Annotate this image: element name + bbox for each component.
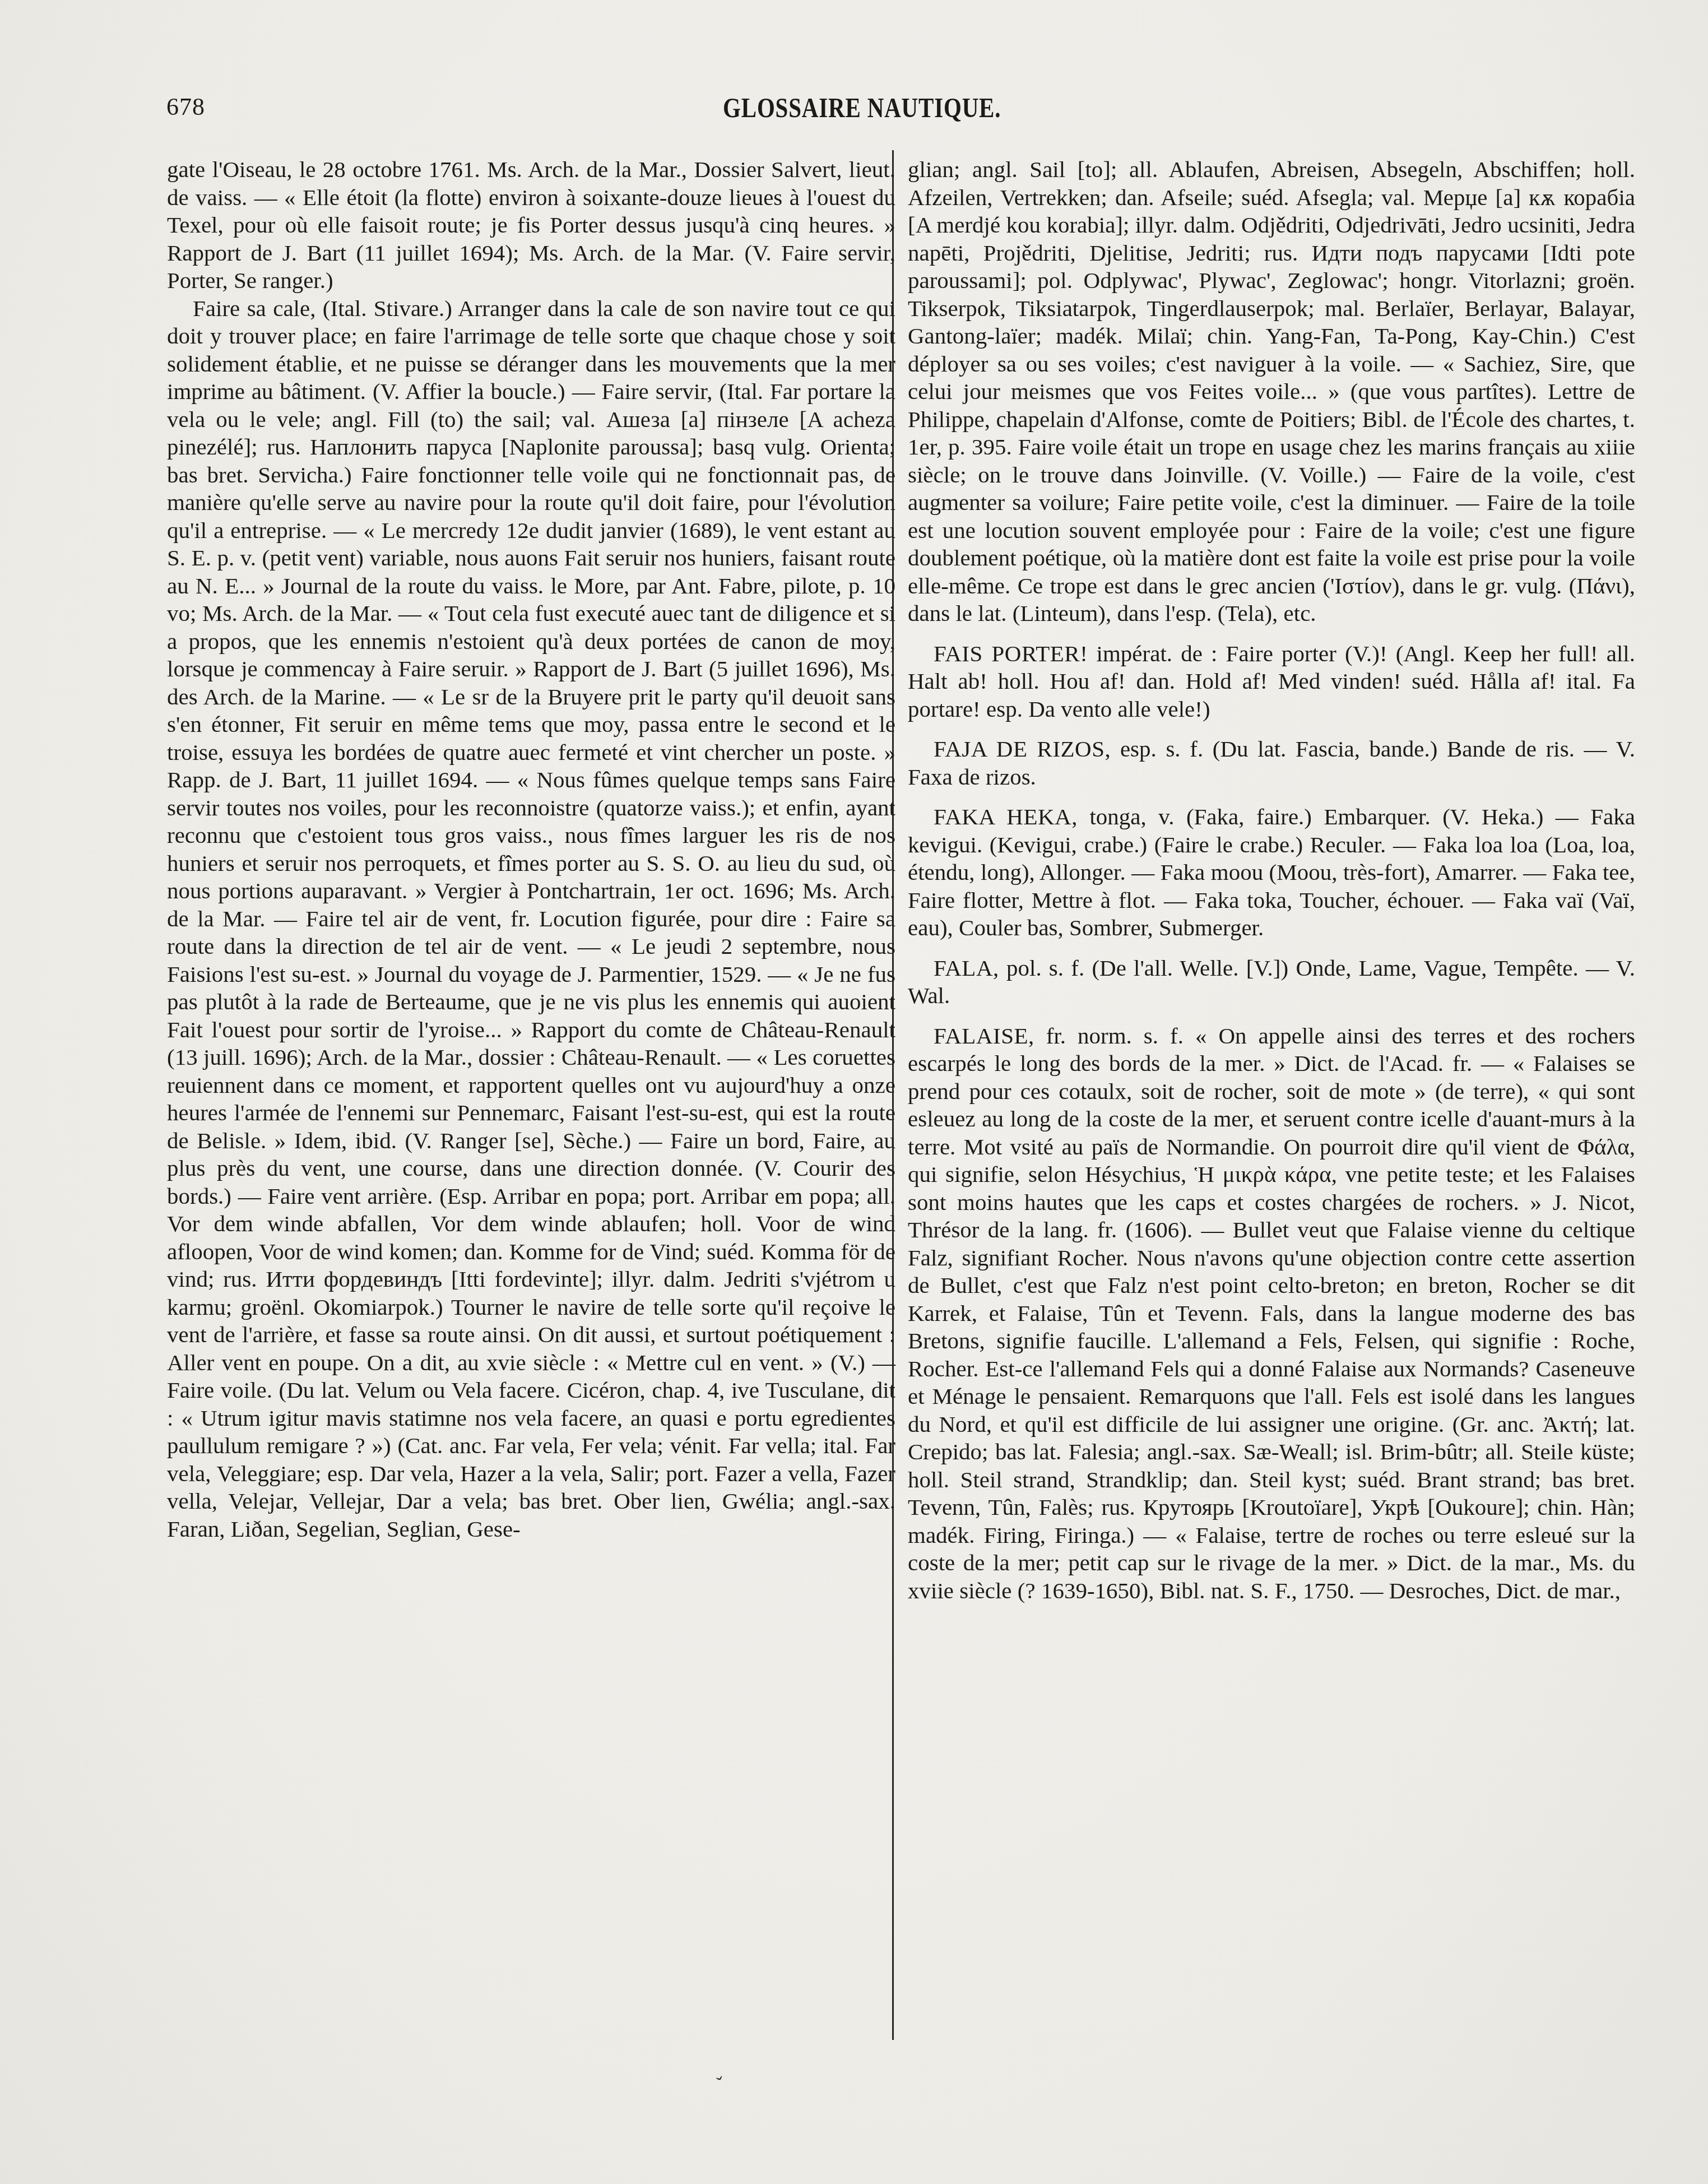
paragraph-continuation: glian; angl. Sail [to]; all. Ablaufen, A… [908,156,1635,628]
printer-mark: ˇ [715,2073,728,2095]
left-column: gate l'Oiseau, le 28 octobre 1761. Ms. A… [167,156,895,1543]
entry-fala: FALA, pol. s. f. (De l'all. Welle. [V.])… [908,954,1635,1010]
left-continuation-text: gate l'Oiseau, le 28 octobre 1761. Ms. A… [167,156,895,293]
sub-entry-text: Faire sa cale, (Ital. Stivare.) Arranger… [167,295,895,1542]
paragraph-continuation: gate l'Oiseau, le 28 octobre 1761. Ms. A… [167,156,895,295]
page-number: 678 [166,92,205,121]
headword: FALA, [934,955,999,981]
entry-faja-de-rizos: FAJA DE RIZOS, esp. s. f. (Du lat. Fasci… [908,735,1635,791]
running-head: GLOSSAIRE NAUTIQUE. [723,91,1001,124]
right-column: glian; angl. Sail [to]; all. Ablaufen, A… [908,156,1635,1605]
headword: FAIS PORTER! [934,641,1088,666]
right-continuation-text: glian; angl. Sail [to]; all. Ablaufen, A… [908,156,1635,626]
entry-faka-heka: FAKA HEKA, tonga, v. (Faka, faire.) Emba… [908,803,1635,942]
book-page: 678 GLOSSAIRE NAUTIQUE. gate l'Oiseau, l… [0,0,1708,2184]
sub-entry-faire-sa-cale: Faire sa cale, (Ital. Stivare.) Arranger… [167,295,895,1543]
entry-fais-porter: FAIS PORTER! impérat. de : Faire porter … [908,640,1635,724]
entry-text: pol. s. f. (De l'all. Welle. [V.]) Onde,… [908,955,1635,1009]
headword: FALAISE, [934,1023,1034,1049]
entry-text: fr. norm. s. f. « On appelle ainsi des t… [908,1023,1635,1603]
headword: FAKA HEKA, [934,804,1078,829]
headword: FAJA DE RIZOS, [934,736,1111,762]
entry-falaise: FALAISE, fr. norm. s. f. « On appelle ai… [908,1022,1635,1605]
